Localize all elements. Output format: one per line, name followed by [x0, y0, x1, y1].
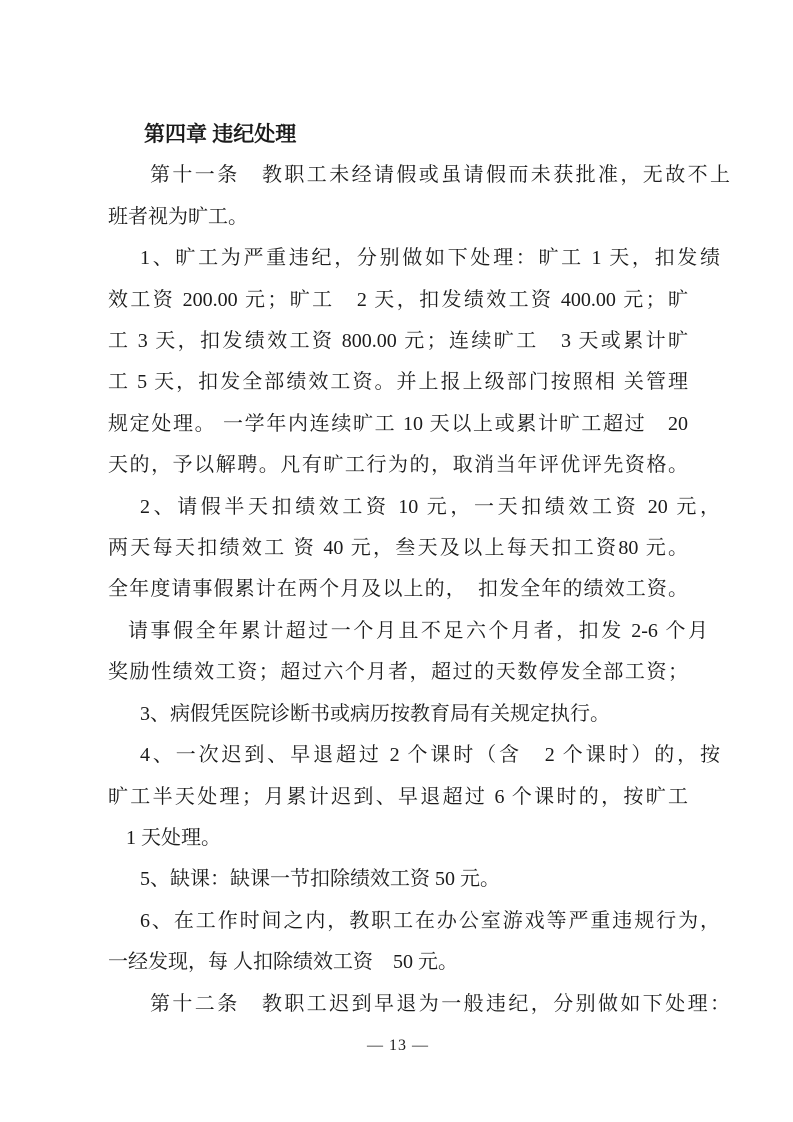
text-line: 效工资 200.00 元；旷工 2 天，扣发绩效工资 400.00 元；旷 [108, 280, 688, 321]
text-line: 第十二条 教职工迟到早退为一般违纪，分别做如下处理： [108, 984, 730, 1025]
page-number: — 13 — [108, 1025, 688, 1066]
text-line: 第十一条 教职工未经请假或虽请假而未获批准，无故不上 [108, 155, 730, 196]
text-line: 1、旷工为严重违纪，分别做如下处理：旷工 1 天，扣发绩 [108, 238, 720, 279]
document-page: 第四章 违纪处理 第十一条 教职工未经请假或虽请假而未获批准，无故不上班者视为旷… [0, 0, 793, 1122]
text-line: 两天每天扣绩效工 资 40 元，叁天及以上每天扣工资80 元。 [108, 528, 688, 569]
document-body: 第十一条 教职工未经请假或虽请假而未获批准，无故不上班者视为旷工。1、旷工为严重… [108, 155, 688, 1025]
text-line: 规定处理。 一学年内连续旷工 10 天以上或累计旷工超过 20 [108, 404, 688, 445]
text-line: 全年度请事假累计在两个月及以上的， 扣发全年的绩效工资。 [108, 569, 688, 610]
section-heading: 第四章 违纪处理 [108, 114, 724, 155]
text-line: 奖励性绩效工资；超过六个月者，超过的天数停发全部工资； [108, 652, 688, 693]
text-line: 班者视为旷工。 [108, 197, 688, 238]
text-line: 旷工半天处理；月累计迟到、早退超过 6 个课时的，按旷工 [108, 777, 688, 818]
document-content: 第四章 违纪处理 第十一条 教职工未经请假或虽请假而未获批准，无故不上班者视为旷… [108, 114, 688, 1066]
text-line: 3、病假凭医院诊断书或病历按教育局有关规定执行。 [108, 694, 720, 735]
text-line: 天的，予以解聘。凡有旷工行为的，取消当年评优评先资格。 [108, 445, 688, 486]
text-line: 工 3 天，扣发绩效工资 800.00 元；连续旷工 3 天或累计旷 [108, 321, 688, 362]
text-line: 一经发现，每 人扣除绩效工资 50 元。 [108, 942, 688, 983]
text-line: 1 天处理。 [108, 818, 706, 859]
text-line: 6、在工作时间之内，教职工在办公室游戏等严重违规行为， [108, 901, 720, 942]
text-line: 5、缺课：缺课一节扣除绩效工资 50 元。 [108, 859, 720, 900]
text-line: 工 5 天，扣发全部绩效工资。并上报上级部门按照相 关管理 [108, 362, 688, 403]
text-line: 请事假全年累计超过一个月且不足六个月者，扣发 2-6 个月 [108, 611, 708, 652]
text-line: 2、请假半天扣绩效工资 10 元，一天扣绩效工资 20 元， [108, 487, 720, 528]
text-line: 4、一次迟到、早退超过 2 个课时（含 2 个课时）的，按 [108, 735, 720, 776]
